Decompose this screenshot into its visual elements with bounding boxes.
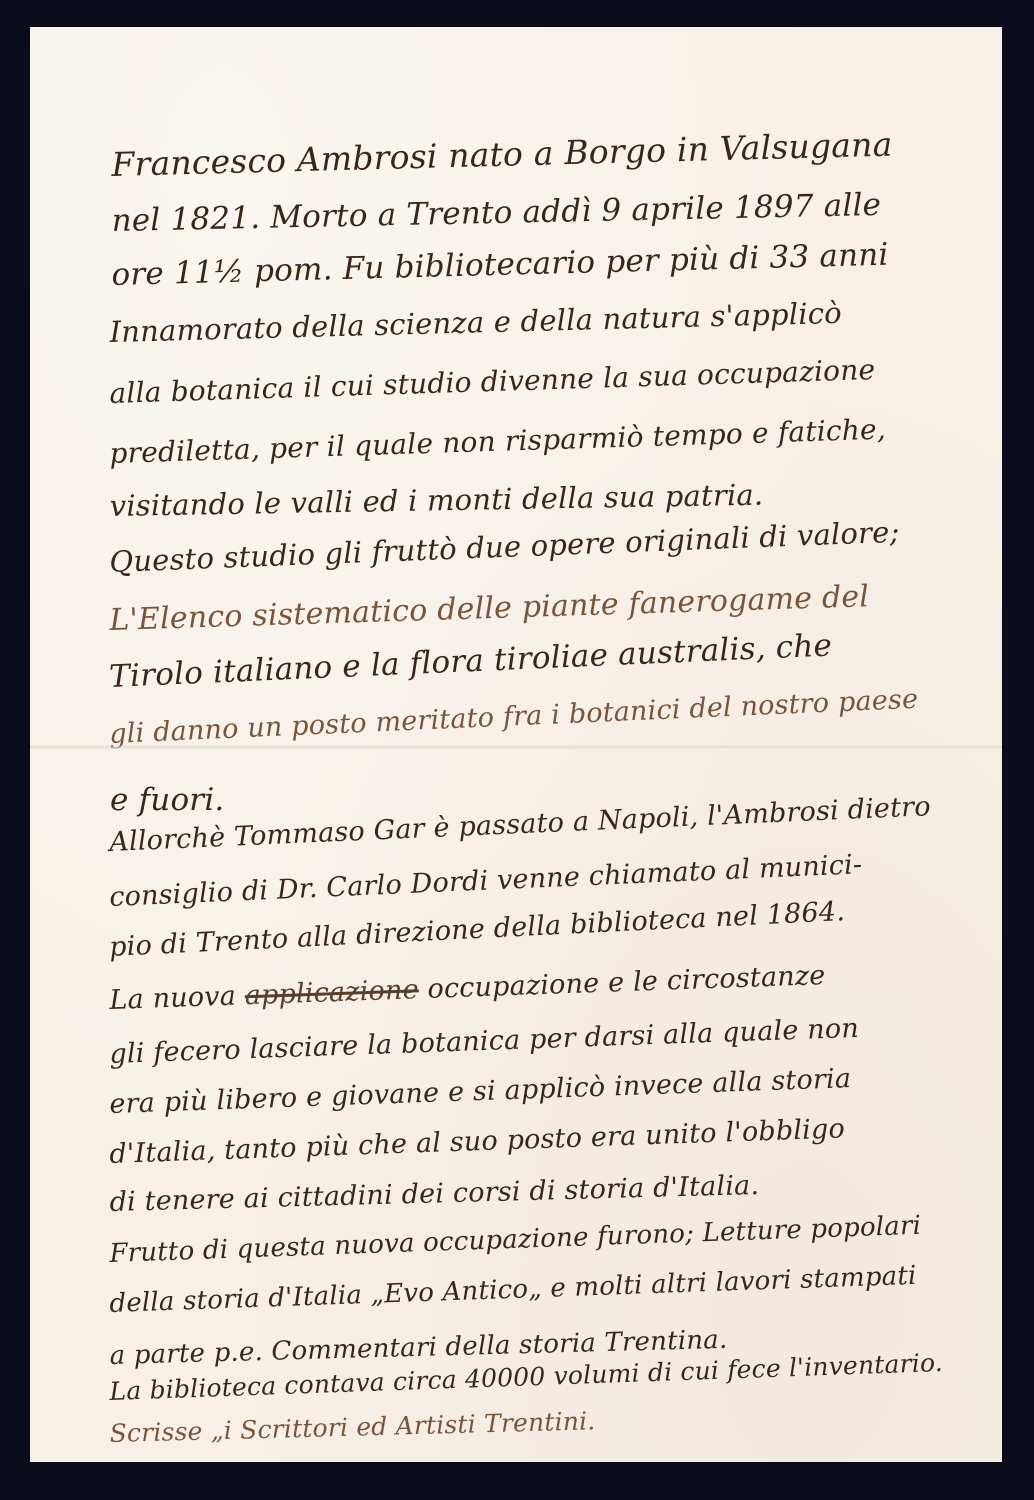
text-line: ore 11½ pom. Fu bibliotecario per più di… xyxy=(111,237,889,293)
text-line: della storia d'Italia „Evo Antico„ e mol… xyxy=(109,1261,917,1319)
text-line: era più libero e giovane e si applicò in… xyxy=(109,1063,852,1120)
text-line: gli fecero lasciare la botanica per dars… xyxy=(109,1013,859,1070)
text-line: di tenere ai cittadini dei corsi di stor… xyxy=(109,1170,759,1218)
text-line: visitando le valli ed i monti della sua … xyxy=(109,478,763,523)
text-line-with-correction: La nuova applicazione occupazione e le c… xyxy=(109,960,826,1016)
text-line: Francesco Ambrosi nato a Borgo in Valsug… xyxy=(111,125,893,184)
text-line: Tirolo italiano e la flora tiroliae aust… xyxy=(108,627,832,695)
text-line: Frutto di questa nuova occupazione furon… xyxy=(109,1211,922,1269)
text-line: e fuori. xyxy=(110,782,225,818)
text-fragment: La nuova xyxy=(109,980,245,1016)
text-line: L'Elenco sistematico delle piante fanero… xyxy=(109,579,870,638)
text-line: gli danno un posto meritato fra i botani… xyxy=(109,684,919,750)
struck-word: applicazione xyxy=(244,974,419,1011)
manuscript-page: Francesco Ambrosi nato a Borgo in Valsug… xyxy=(30,27,1002,1462)
text-line: Scrisse „i Scrittori ed Artisti Trentini… xyxy=(109,1406,595,1448)
text-line: d'Italia, tanto più che al suo posto era… xyxy=(109,1113,846,1170)
text-line: Questo studio gli fruttò due opere origi… xyxy=(109,515,900,579)
text-fragment: occupazione e le circostanze xyxy=(418,960,826,1005)
text-line: Innamorato della scienza e della natura … xyxy=(109,296,842,349)
text-line: alla botanica il cui studio divenne la s… xyxy=(109,353,876,410)
text-line: nel 1821. Morto a Trento addì 9 aprile 1… xyxy=(111,187,881,239)
text-line: Allorchè Tommaso Gar è passato a Napoli,… xyxy=(109,791,932,858)
text-line: prediletta, per il quale non risparmiò t… xyxy=(109,413,886,470)
